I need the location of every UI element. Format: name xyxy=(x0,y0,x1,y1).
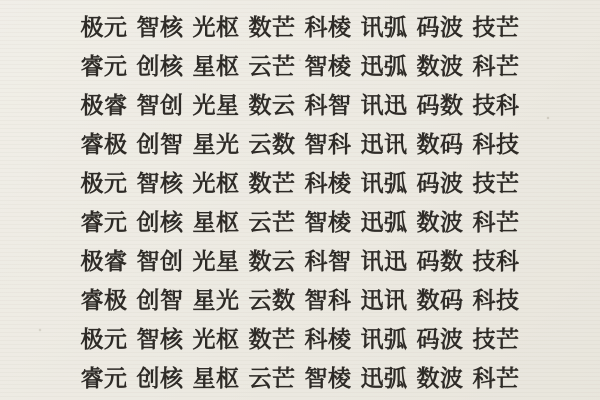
word: 迅讯 xyxy=(361,133,408,156)
word-row: 极睿智创光星数云科智讯迅码数技科 xyxy=(81,86,520,125)
word: 讯弧 xyxy=(361,16,408,39)
word-row: 极睿智创光星数云科智讯迅码数技科 xyxy=(81,242,520,281)
word: 光枢 xyxy=(193,172,240,195)
word: 数波 xyxy=(417,55,464,78)
word: 科棱 xyxy=(305,172,352,195)
word: 科技 xyxy=(473,133,520,156)
word: 数码 xyxy=(417,133,464,156)
word: 科棱 xyxy=(305,16,352,39)
word: 极元 xyxy=(81,328,128,351)
word: 智棱 xyxy=(305,211,352,234)
word: 科芒 xyxy=(473,367,520,390)
word: 云数 xyxy=(249,133,296,156)
word: 光星 xyxy=(193,250,240,273)
word: 迅弧 xyxy=(361,211,408,234)
word: 云数 xyxy=(249,289,296,312)
word: 数芒 xyxy=(249,328,296,351)
word: 睿极 xyxy=(81,133,128,156)
word: 数云 xyxy=(249,94,296,117)
word: 码波 xyxy=(417,172,464,195)
word: 睿元 xyxy=(81,367,128,390)
word: 讯弧 xyxy=(361,328,408,351)
word: 极元 xyxy=(81,172,128,195)
word: 技芒 xyxy=(473,328,520,351)
word: 星光 xyxy=(193,289,240,312)
word: 讯迅 xyxy=(361,94,408,117)
word: 极睿 xyxy=(81,94,128,117)
word: 数波 xyxy=(417,211,464,234)
word: 码波 xyxy=(417,328,464,351)
word: 智科 xyxy=(305,289,352,312)
word-grid: 极元智核光枢数芒科棱讯弧码波技芒睿元创核星枢云芒智棱迅弧数波科芒极睿智创光星数云… xyxy=(81,8,520,398)
word: 星枢 xyxy=(193,55,240,78)
word: 光枢 xyxy=(193,328,240,351)
word: 迅弧 xyxy=(361,55,408,78)
word: 码数 xyxy=(417,94,464,117)
word: 数波 xyxy=(417,367,464,390)
word: 码数 xyxy=(417,250,464,273)
paper-page: 极元智核光枢数芒科棱讯弧码波技芒睿元创核星枢云芒智棱迅弧数波科芒极睿智创光星数云… xyxy=(0,0,600,400)
word: 数芒 xyxy=(249,16,296,39)
word: 迅讯 xyxy=(361,289,408,312)
word: 极元 xyxy=(81,16,128,39)
word: 智创 xyxy=(137,94,184,117)
word: 睿极 xyxy=(81,289,128,312)
word-row: 极元智核光枢数芒科棱讯弧码波技芒 xyxy=(81,320,520,359)
word: 创智 xyxy=(137,289,184,312)
word-row: 睿极创智星光云数智科迅讯数码科技 xyxy=(81,125,520,164)
word-row: 睿元创核星枢云芒智棱迅弧数波科芒 xyxy=(81,47,520,86)
word: 讯弧 xyxy=(361,172,408,195)
word: 星枢 xyxy=(193,367,240,390)
word: 技科 xyxy=(473,94,520,117)
word-row: 睿极创智星光云数智科迅讯数码科技 xyxy=(81,281,520,320)
word: 智核 xyxy=(137,328,184,351)
word: 智科 xyxy=(305,133,352,156)
word: 智核 xyxy=(137,172,184,195)
word: 光枢 xyxy=(193,16,240,39)
word: 数云 xyxy=(249,250,296,273)
word: 光星 xyxy=(193,94,240,117)
word: 智创 xyxy=(137,250,184,273)
word: 睿元 xyxy=(81,55,128,78)
word: 科智 xyxy=(305,250,352,273)
word: 创核 xyxy=(137,367,184,390)
word: 创智 xyxy=(137,133,184,156)
word: 智棱 xyxy=(305,55,352,78)
word: 数码 xyxy=(417,289,464,312)
word: 数芒 xyxy=(249,172,296,195)
word: 讯迅 xyxy=(361,250,408,273)
word: 睿元 xyxy=(81,211,128,234)
word: 技芒 xyxy=(473,172,520,195)
word: 星光 xyxy=(193,133,240,156)
word-row: 极元智核光枢数芒科棱讯弧码波技芒 xyxy=(81,8,520,47)
word: 云芒 xyxy=(249,367,296,390)
word: 码波 xyxy=(417,16,464,39)
word: 科芒 xyxy=(473,211,520,234)
word: 技科 xyxy=(473,250,520,273)
word-row: 睿元创核星枢云芒智棱迅弧数波科芒 xyxy=(81,359,520,398)
word: 创核 xyxy=(137,211,184,234)
word: 智棱 xyxy=(305,367,352,390)
word-row: 极元智核光枢数芒科棱讯弧码波技芒 xyxy=(81,164,520,203)
word: 科智 xyxy=(305,94,352,117)
word: 迅弧 xyxy=(361,367,408,390)
word: 云芒 xyxy=(249,55,296,78)
word: 智核 xyxy=(137,16,184,39)
word: 技芒 xyxy=(473,16,520,39)
word: 云芒 xyxy=(249,211,296,234)
word: 创核 xyxy=(137,55,184,78)
word: 科技 xyxy=(473,289,520,312)
word: 星枢 xyxy=(193,211,240,234)
word: 科棱 xyxy=(305,328,352,351)
word: 极睿 xyxy=(81,250,128,273)
word-row: 睿元创核星枢云芒智棱迅弧数波科芒 xyxy=(81,203,520,242)
word: 科芒 xyxy=(473,55,520,78)
